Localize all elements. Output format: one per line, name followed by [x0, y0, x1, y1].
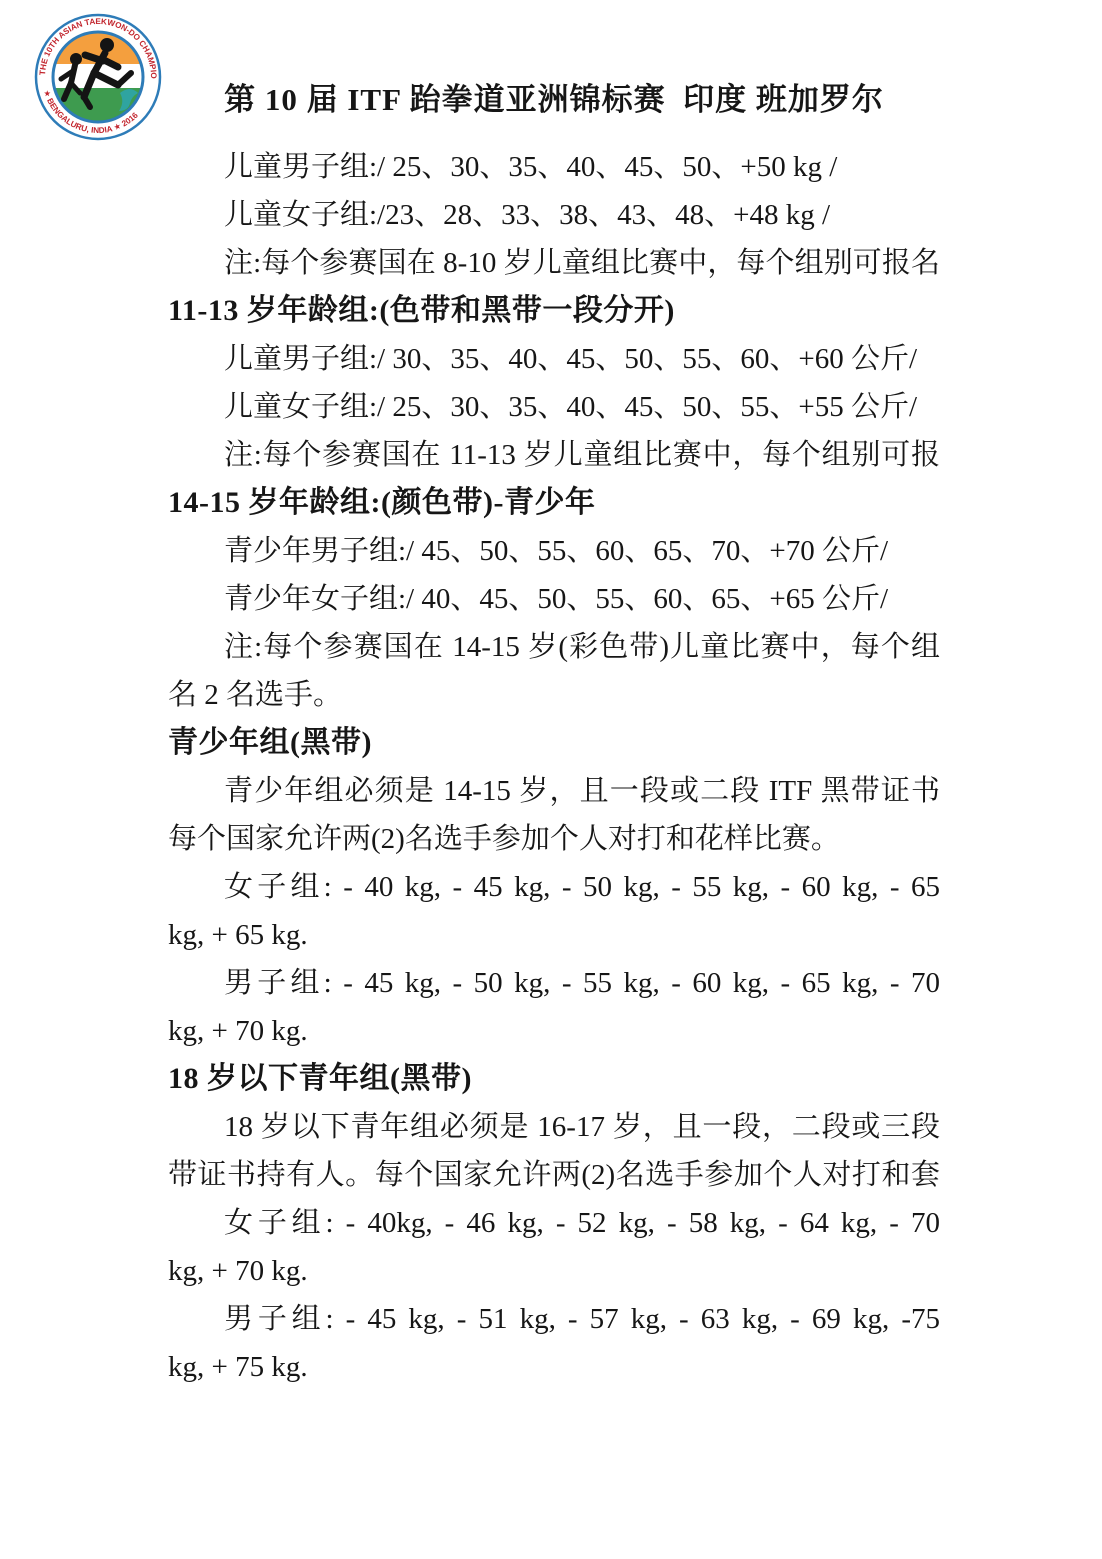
- section-heading: 14-15 岁年龄组:(颜色带)-青少年: [168, 479, 940, 527]
- text-line: 18 岁以下青年组必须是 16-17 岁，且一段，二段或三段 ITF 黑: [168, 1103, 940, 1151]
- text-line: 每个国家允许两(2)名选手参加个人对打和花样比赛。: [168, 815, 940, 863]
- text-line: 女子组: - 40 kg, - 45 kg, - 50 kg, - 55 kg,…: [168, 863, 940, 911]
- text-line: 带证书持有人。每个国家允许两(2)名选手参加个人对打和套路比赛。: [168, 1151, 940, 1199]
- text-line: kg, + 75 kg.: [168, 1343, 940, 1391]
- text-line: 青少年组必须是 14-15 岁，且一段或二段 ITF 黑带证书持有者。: [168, 767, 940, 815]
- text-line: 儿童女子组:/23、28、33、38、43、48、+48 kg /: [168, 191, 940, 239]
- document-body: 儿童男子组:/ 25、30、35、40、45、50、+50 kg /儿童女子组:…: [168, 143, 940, 1391]
- document-page: THE 10TH ASIAN TAEKWON-DO CHAMPIONSHIPS …: [0, 0, 1102, 1559]
- section-heading: 青少年组(黑带): [168, 719, 940, 767]
- text-line: 名 2 名选手。: [168, 671, 940, 719]
- text-line: 男子组: - 45 kg, - 51 kg, - 57 kg, - 63 kg,…: [168, 1295, 940, 1343]
- text-line: 青少年男子组:/ 45、50、55、60、65、70、+70 公斤/: [168, 527, 940, 575]
- text-line: 注:每个参赛国在 14-15 岁(彩色带)儿童比赛中，每个组别可报: [168, 623, 940, 671]
- text-line: kg, + 70 kg.: [168, 1007, 940, 1055]
- section-heading: 18 岁以下青年组(黑带): [168, 1055, 940, 1103]
- text-line: 女子组: - 40kg, - 46 kg, - 52 kg, - 58 kg, …: [168, 1199, 940, 1247]
- page-title: 第 10 届 ITF 跆拳道亚洲锦标赛 印度 班加罗尔: [168, 74, 940, 119]
- text-line: 儿童男子组:/ 25、30、35、40、45、50、+50 kg /: [168, 143, 940, 191]
- text-line: 儿童女子组:/ 25、30、35、40、45、50、55、+55 公斤/: [168, 383, 940, 431]
- text-line: 男子组: - 45 kg, - 50 kg, - 55 kg, - 60 kg,…: [168, 959, 940, 1007]
- text-line: kg, + 65 kg.: [168, 911, 940, 959]
- text-line: kg, + 70 kg.: [168, 1247, 940, 1295]
- text-line: 注:每个参赛国在 8-10 岁儿童组比赛中，每个组别可报名 2 人: [168, 239, 940, 287]
- section-heading: 11-13 岁年龄组:(色带和黑带一段分开): [168, 287, 940, 335]
- text-line: 注:每个参赛国在 11-13 岁儿童组比赛中，每个组别可报名 2 人: [168, 431, 940, 479]
- championship-logo-icon: THE 10TH ASIAN TAEKWON-DO CHAMPIONSHIPS …: [28, 13, 170, 143]
- text-line: 儿童男子组:/ 30、35、40、45、50、55、60、+60 公斤/: [168, 335, 940, 383]
- text-line: 青少年女子组:/ 40、45、50、55、60、65、+65 公斤/: [168, 575, 940, 623]
